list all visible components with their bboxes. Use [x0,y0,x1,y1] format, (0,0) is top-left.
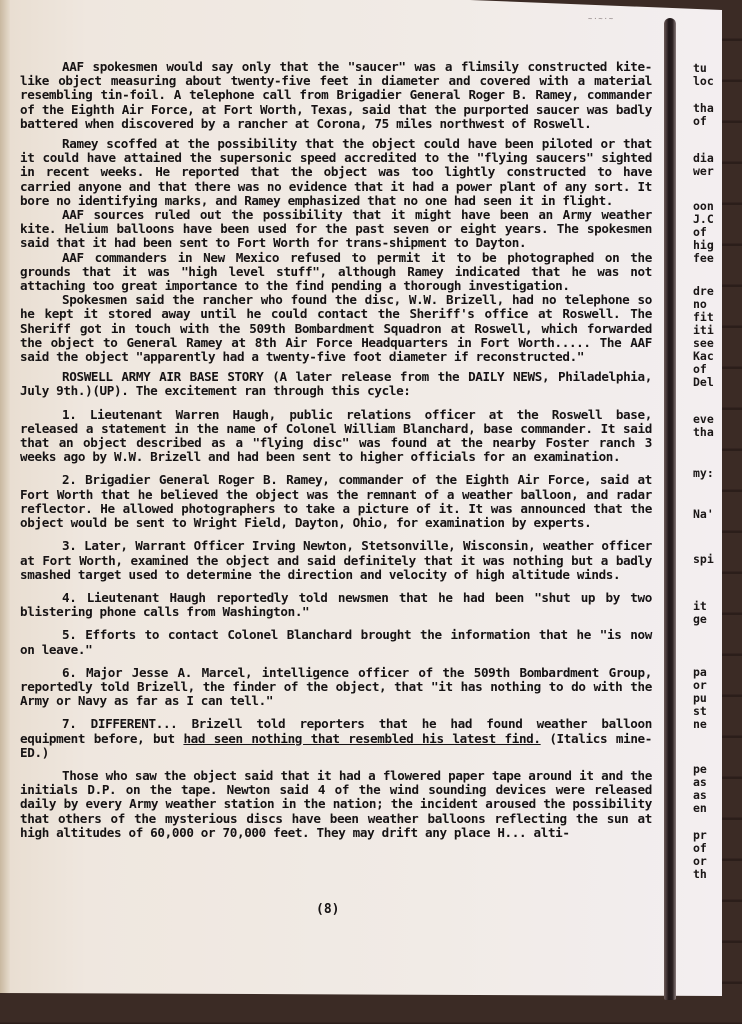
paragraph-flowered-tape: Those who saw the object said that it ha… [20,769,652,840]
fragment-gap [693,128,723,152]
ink-smudge: ~·~·~ [588,15,614,23]
fragment-gap [693,626,723,666]
list-item-4: 4. Lieutenant Haugh reportedly told news… [20,591,652,619]
next-page-fragment: Del [693,376,723,389]
next-page-fragments: tulocthaofdiaweroonJ.Cofhigfeedrenofitit… [693,62,723,881]
paragraph-ramey-scoffed: Ramey scoffed at the possibility that th… [20,137,652,208]
fragment-gap [693,265,723,285]
fragment-gap [693,178,723,200]
fragment-gap [693,480,723,508]
fragment-gap [693,439,723,467]
paragraph-aaf-commanders: AAF commanders in New Mexico refused to … [20,251,652,294]
fragment-gap [693,521,723,553]
next-page-fragment: en [693,802,723,815]
list-item-2: 2. Brigadier General Roger B. Ramey, com… [20,473,652,530]
paragraph-spokesmen-rancher: Spokesmen said the rancher who found the… [20,293,652,364]
list-item-3: 3. Later, Warrant Officer Irving Newton,… [20,539,652,582]
next-page-fragment: my: [693,467,723,480]
next-page-fragment: spi [693,553,723,566]
fragment-gap [693,88,723,102]
paragraph-aaf-spokesmen: AAF spokesmen would say only that the "s… [20,60,652,131]
page-number: (8) [316,902,339,917]
fragment-gap [693,731,723,763]
next-page-fragment: th [693,868,723,881]
next-page-fragment: wer [693,165,723,178]
fragment-gap [693,566,723,600]
binding-fold-shadow [664,18,676,1000]
list-item-6: 6. Major Jesse A. Marcel, intelligence o… [20,666,652,709]
next-page-fragment: fee [693,252,723,265]
next-page-fragment: ne [693,718,723,731]
underlined-emphasis: had seen nothing that resembled his late… [183,731,540,746]
paragraph-roswell-story: ROSWELL ARMY AIR BASE STORY (A later rel… [20,370,652,398]
next-page-fragment: tha [693,426,723,439]
fragment-gap [693,389,723,413]
page-left-edge [0,0,10,996]
list-item-5: 5. Efforts to contact Colonel Blanchard … [20,628,652,656]
paragraph-aaf-sources: AAF sources ruled out the possibility th… [20,208,652,251]
fragment-gap [693,815,723,829]
next-page-fragment: ge [693,613,723,626]
next-page-fragment: of [693,115,723,128]
next-page-fragment: Na' [693,508,723,521]
list-item-7: 7. DIFFERENT... Brizell told reporters t… [20,717,652,760]
next-page-fragment: loc [693,75,723,88]
list-item-1: 1. Lieutenant Warren Haugh, public relat… [20,408,652,465]
document-body: AAF spokesmen would say only that the "s… [20,60,652,840]
